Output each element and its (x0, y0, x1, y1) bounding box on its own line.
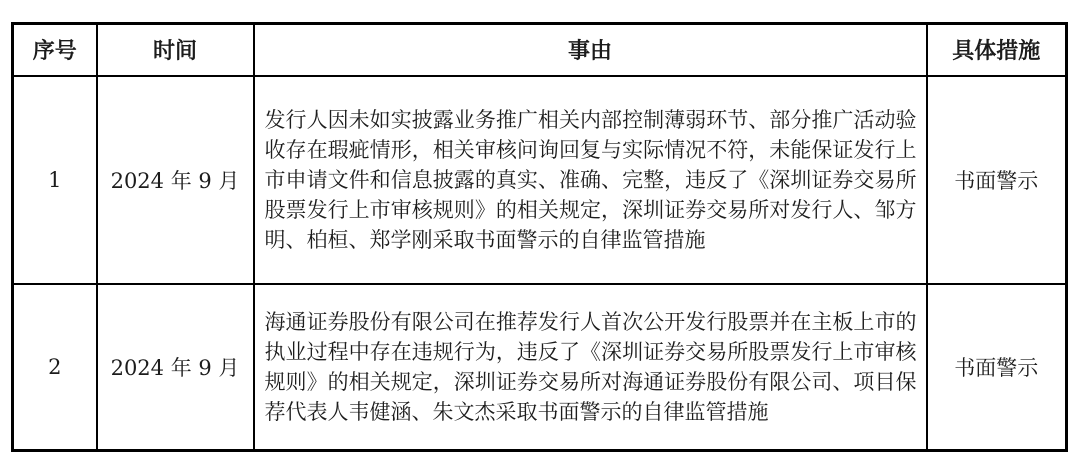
cell-no: 2 (13, 284, 97, 451)
table-header-row: 序号 时间 事由 具体措施 (13, 24, 1067, 76)
cell-time: 2024 年 9 月 (97, 284, 254, 451)
cell-measure: 书面警示 (927, 284, 1067, 451)
column-header-no: 序号 (13, 24, 97, 76)
column-header-time: 时间 (97, 24, 254, 76)
column-header-measure: 具体措施 (927, 24, 1067, 76)
cell-reason: 发行人因未如实披露业务推广相关内部控制薄弱环节、部分推广活动验收存在瑕疵情形，相… (254, 76, 927, 284)
cell-no: 1 (13, 76, 97, 284)
cell-time: 2024 年 9 月 (97, 76, 254, 284)
cell-measure: 书面警示 (927, 76, 1067, 284)
table-row: 2 2024 年 9 月 海通证券股份有限公司在推荐发行人首次公开发行股票并在主… (13, 284, 1067, 451)
regulatory-measures-table: 序号 时间 事由 具体措施 1 2024 年 9 月 发行人因未如实披露业务推广… (11, 22, 1068, 452)
cell-reason: 海通证券股份有限公司在推荐发行人首次公开发行股票并在主板上市的执业过程中存在违规… (254, 284, 927, 451)
document-page: 序号 时间 事由 具体措施 1 2024 年 9 月 发行人因未如实披露业务推广… (0, 0, 1080, 468)
table-row: 1 2024 年 9 月 发行人因未如实披露业务推广相关内部控制薄弱环节、部分推… (13, 76, 1067, 284)
column-header-reason: 事由 (254, 24, 927, 76)
